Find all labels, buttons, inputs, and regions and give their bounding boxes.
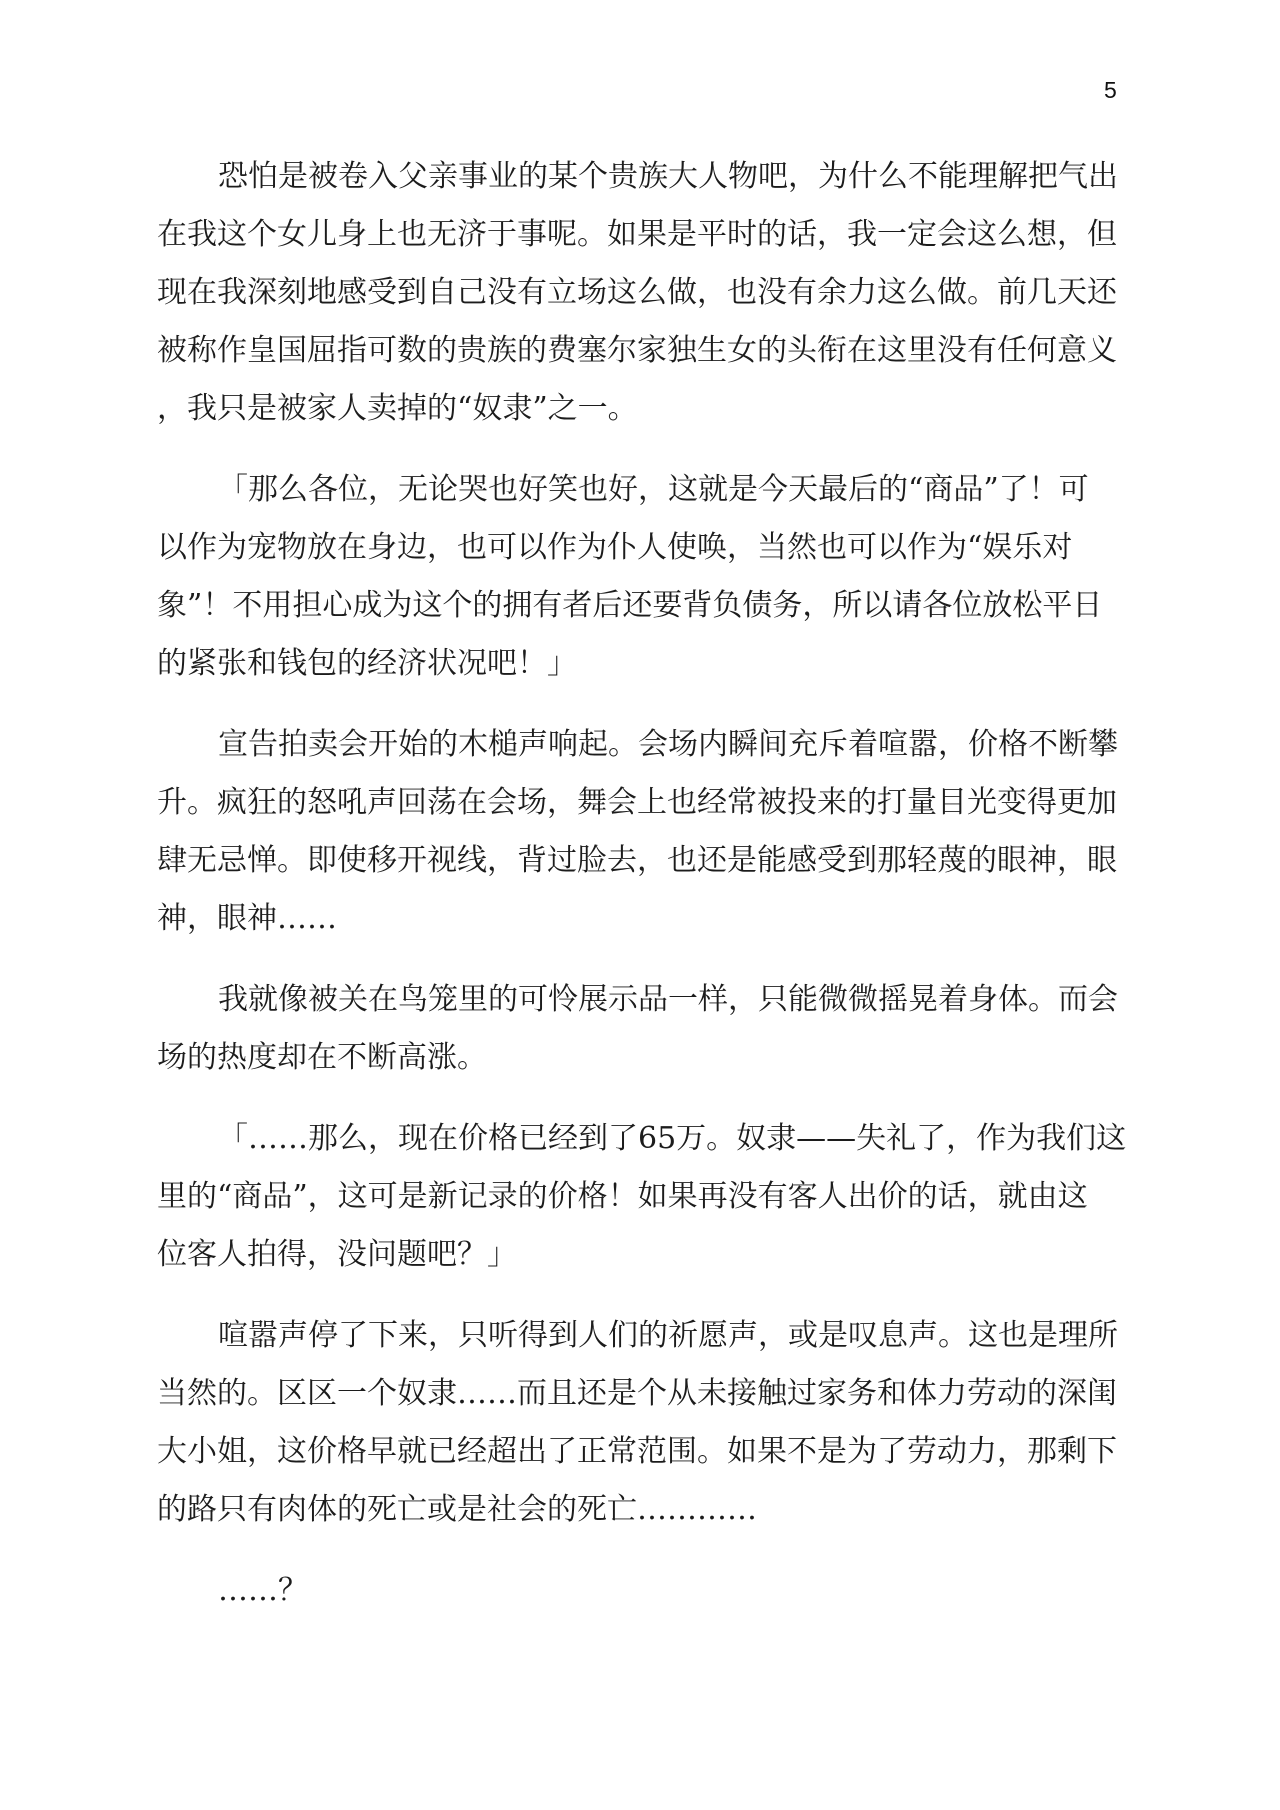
text-line: ……？: [157, 1562, 1117, 1620]
page-number: 5: [1104, 76, 1117, 104]
text-line: 里的“商品”，这可是新记录的价格！如果再没有客人出价的话，就由这: [157, 1168, 1117, 1226]
text-line: 当然的。区区一个奴隶……而且还是个从未接触过家务和体力劳动的深闺: [157, 1365, 1117, 1423]
text-line: 被称作皇国屈指可数的贵族的费塞尔家独生女的头衔在这里没有任何意义: [157, 322, 1117, 380]
paragraph-5: 「……那么，现在价格已经到了65万。奴隶——失礼了，作为我们这 里的“商品”，这…: [157, 1110, 1117, 1284]
text-line: 喧嚣声停了下来，只听得到人们的祈愿声，或是叹息声。这也是理所: [157, 1307, 1117, 1365]
body-text: 恐怕是被卷入父亲事业的某个贵族大人物吧，为什么不能理解把气出 在我这个女儿身上也…: [157, 148, 1117, 1643]
paragraph-3: 宣告拍卖会开始的木槌声响起。会场内瞬间充斥着喧嚣，价格不断攀 升。疯狂的怒吼声回…: [157, 716, 1117, 948]
text-line: 我就像被关在鸟笼里的可怜展示品一样，只能微微摇晃着身体。而会: [157, 971, 1117, 1029]
text-line: 在我这个女儿身上也无济于事呢。如果是平时的话，我一定会这么想，但: [157, 206, 1117, 264]
text-line: 的紧张和钱包的经济状况吧！」: [157, 635, 1117, 693]
text-line: 现在我深刻地感受到自己没有立场这么做，也没有余力这么做。前几天还: [157, 264, 1117, 322]
text-line: 神，眼神……: [157, 890, 1117, 948]
text-line: ，我只是被家人卖掉的“奴隶”之一。: [157, 380, 1117, 438]
text-line: 位客人拍得，没问题吧？」: [157, 1226, 1117, 1284]
text-line: 肆无忌惮。即使移开视线，背过脸去，也还是能感受到那轻蔑的眼神，眼: [157, 832, 1117, 890]
text-line: 「……那么，现在价格已经到了65万。奴隶——失礼了，作为我们这: [157, 1110, 1117, 1168]
text-line: 升。疯狂的怒吼声回荡在会场，舞会上也经常被投来的打量目光变得更加: [157, 774, 1117, 832]
paragraph-1: 恐怕是被卷入父亲事业的某个贵族大人物吧，为什么不能理解把气出 在我这个女儿身上也…: [157, 148, 1117, 438]
text-line: 恐怕是被卷入父亲事业的某个贵族大人物吧，为什么不能理解把气出: [157, 148, 1117, 206]
paragraph-6: 喧嚣声停了下来，只听得到人们的祈愿声，或是叹息声。这也是理所 当然的。区区一个奴…: [157, 1307, 1117, 1539]
paragraph-4: 我就像被关在鸟笼里的可怜展示品一样，只能微微摇晃着身体。而会 场的热度却在不断高…: [157, 971, 1117, 1087]
text-line: 象”！不用担心成为这个的拥有者后还要背负债务，所以请各位放松平日: [157, 577, 1117, 635]
paragraph-2: 「那么各位，无论哭也好笑也好，这就是今天最后的“商品”了！可 以作为宠物放在身边…: [157, 461, 1117, 693]
paragraph-7: ……？: [157, 1562, 1117, 1620]
text-line: 以作为宠物放在身边，也可以作为仆人使唤，当然也可以作为“娱乐对: [157, 519, 1117, 577]
text-line: 的路只有肉体的死亡或是社会的死亡…………: [157, 1481, 1117, 1539]
text-line: 宣告拍卖会开始的木槌声响起。会场内瞬间充斥着喧嚣，价格不断攀: [157, 716, 1117, 774]
text-line: 「那么各位，无论哭也好笑也好，这就是今天最后的“商品”了！可: [157, 461, 1117, 519]
text-line: 场的热度却在不断高涨。: [157, 1029, 1117, 1087]
text-line: 大小姐，这价格早就已经超出了正常范围。如果不是为了劳动力，那剩下: [157, 1423, 1117, 1481]
